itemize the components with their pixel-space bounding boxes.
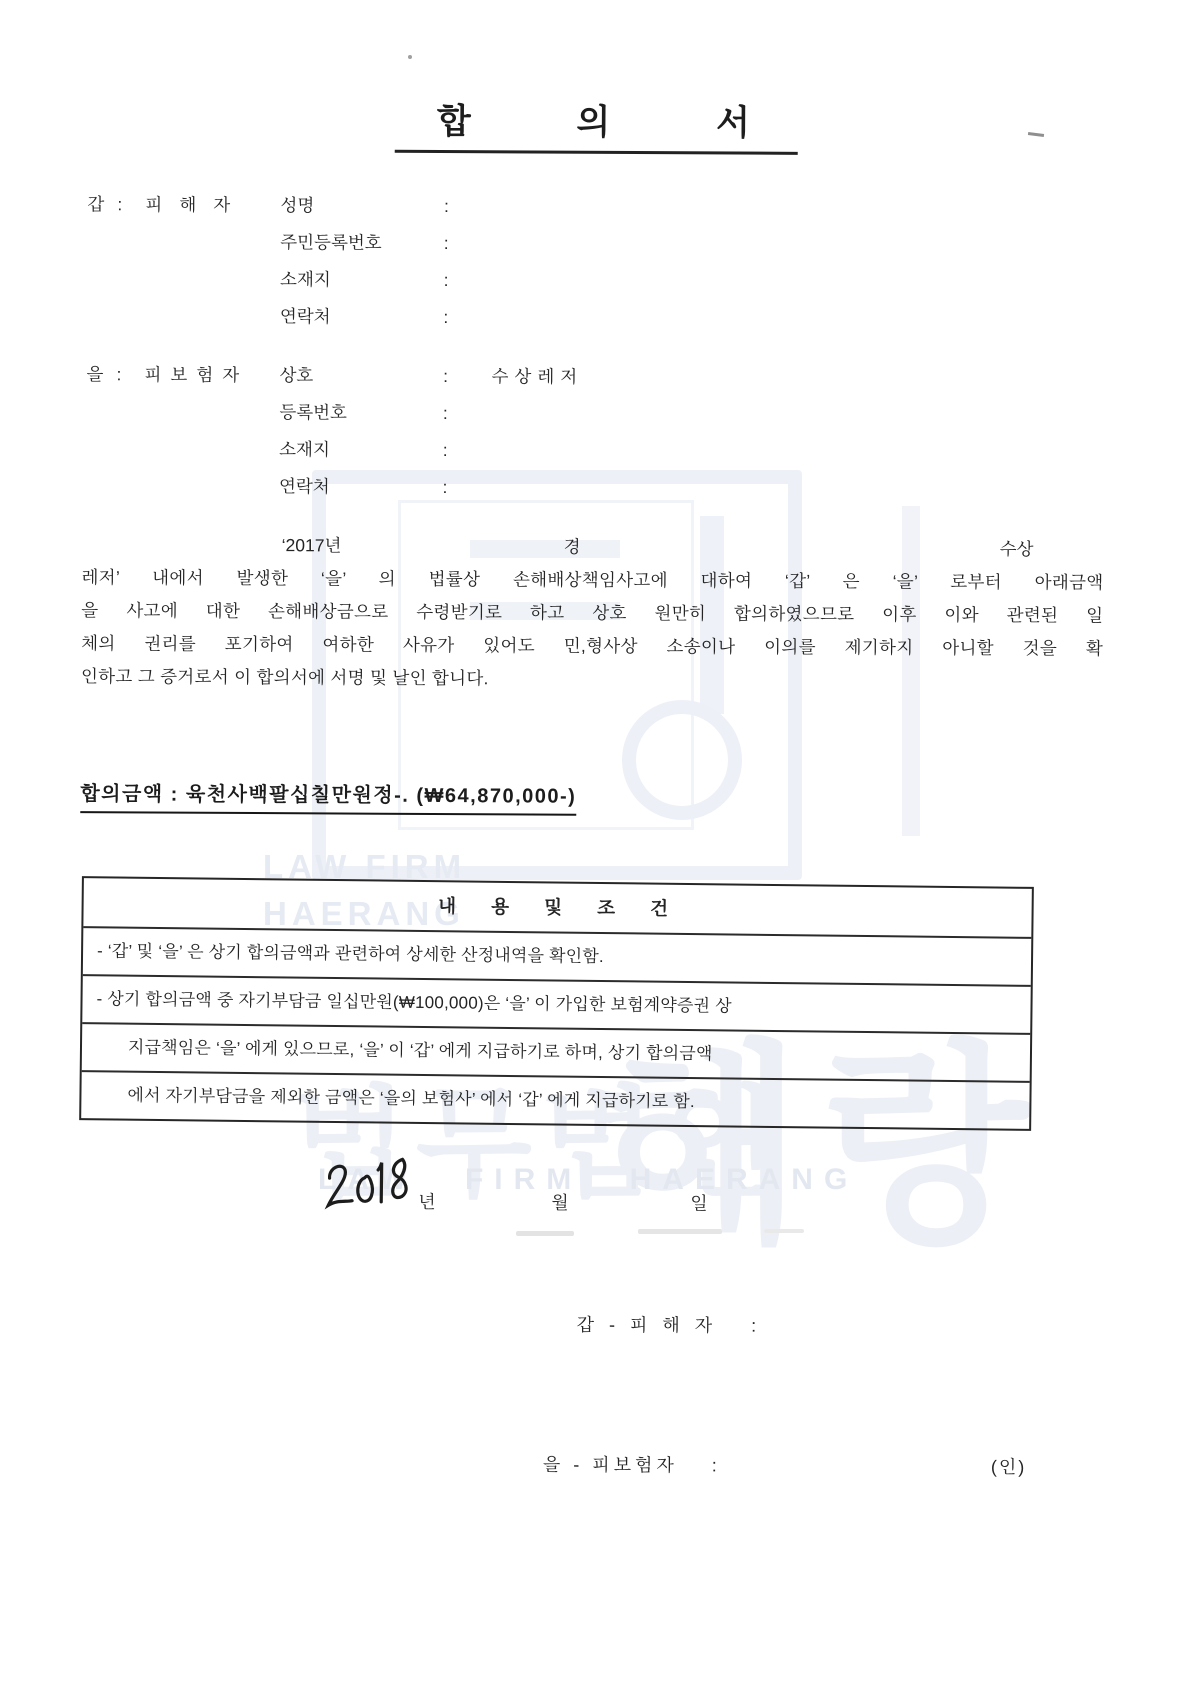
signature-gap-label: 갑 - 피 해 자 (577, 1315, 718, 1336)
colon: : (425, 358, 465, 395)
signature-eul-label: 을 - 피보험자 (543, 1455, 678, 1476)
body-line: 인하고 그 증거로서 이 합의서에 서명 및 날인 합니다. (81, 660, 1103, 698)
field-label-address: 소재지 (279, 431, 419, 469)
field-label-regno: 등록번호 (279, 394, 419, 432)
colon: : (426, 299, 466, 336)
party-gap-row-3: 소재지 : (87, 260, 492, 299)
body-line-accident-date: ‘2017년 경 수상 (82, 528, 1104, 566)
handwriting-2018-icon (318, 1151, 418, 1221)
handwritten-year-2018 (318, 1151, 418, 1226)
field-value-contact (465, 493, 583, 494)
accident-approx: 경 (564, 531, 581, 564)
party-gap-name: 갑 (87, 186, 117, 223)
party-eul-block: 을 : 피보험자 상호 : 수상레저 등록번호 : 소재지 : 연 (86, 356, 583, 507)
field-value-company: 수상레저 (465, 358, 583, 396)
settlement-amount-text: 합의금액 : 육천사백팔십칠만원정-. (₩64,870,000-) (80, 777, 576, 816)
party-gap-row-4: 연락처 : (87, 297, 492, 336)
party-eul-row-3: 소재지 : (86, 430, 583, 470)
field-label-contact: 연락처 (280, 298, 420, 336)
signature-line-eul: 을 - 피보험자: (543, 1451, 717, 1478)
colon: : (426, 188, 466, 225)
colon: : (426, 225, 466, 262)
signature-line-gap: 갑 - 피 해 자: (577, 1311, 757, 1338)
terms-table: 내 용 및 조 건 - ‘갑’ 및 ‘을’ 은 상기 합의금액과 관련하여 상세… (79, 876, 1034, 1131)
party-eul-role: 피보험자 (144, 356, 279, 394)
accident-year: ‘2017년 (282, 529, 342, 562)
field-label-address: 소재지 (280, 261, 420, 299)
colon: : (712, 1455, 717, 1475)
party-gap-block: 갑 : 피해자 성명 : 주민등록번호 : 소재지 : 연락처 (87, 186, 493, 336)
colon: : (425, 432, 465, 469)
colon: : (425, 395, 465, 432)
field-label-rrn: 주민등록번호 (280, 224, 420, 262)
document-title: 합 의 서 (395, 94, 798, 155)
party-gap-role: 피해자 (145, 186, 280, 224)
colon: : (751, 1316, 756, 1336)
agreement-body: ‘2017년 경 수상 레저’ 내에서 발생한 ‘을’ 의 법률상 손해배상책임… (81, 528, 1104, 698)
title-row: 합 의 서 (0, 92, 1193, 157)
terms-row: 에서 자기부담금을 제외한 금액은 ‘을의 보험사’ 에서 ‘갑’ 에게 지급하… (81, 1070, 1029, 1129)
field-label-company: 상호 (279, 357, 419, 395)
body-line: 레저’ 내에서 발생한 ‘을’ 의 법률상 손해배상책임사고에 대하여 ‘갑’ … (81, 561, 1103, 599)
colon: : (117, 186, 145, 223)
month-label: 월 (551, 1189, 569, 1215)
day-label: 일 (690, 1189, 708, 1215)
body-line-wrap-start: 수상 (1000, 533, 1034, 566)
body-line: 체의 권리를 포기하여 여하한 사유가 있어도 민,형사상 소송이나 이의를 제… (81, 627, 1103, 665)
field-value-address (465, 456, 583, 457)
field-label-contact: 연락처 (279, 468, 419, 506)
party-gap-row-2: 주민등록번호 : (87, 223, 492, 262)
seal-placeholder: (인) (991, 1453, 1027, 1479)
colon: : (426, 262, 466, 299)
year-label: 년 (418, 1188, 436, 1214)
field-label-name: 성명 (280, 187, 420, 225)
field-value-regno (465, 419, 583, 420)
party-eul-name: 을 (86, 356, 116, 393)
settlement-amount-line: 합의금액 : 육천사백팔십칠만원정-. (₩64,870,000-) (80, 777, 576, 816)
scanned-settlement-document: LAW FIRM HAERANG 법무법인 해랑 LAW FIRM HAERAN… (0, 0, 1193, 1688)
party-eul-row-4: 연락처 : (86, 467, 583, 507)
party-eul-row-1: 을 : 피보험자 상호 : 수상레저 (86, 356, 583, 396)
party-eul-row-2: 등록번호 : (86, 393, 583, 433)
colon: : (425, 469, 465, 506)
colon: : (116, 356, 144, 393)
body-line: 을 사고에 대한 손해배상금으로 수령받기로 하고 상호 원만히 합의하였으므로… (81, 594, 1103, 632)
party-gap-row-1: 갑 : 피해자 성명 : (87, 186, 492, 225)
